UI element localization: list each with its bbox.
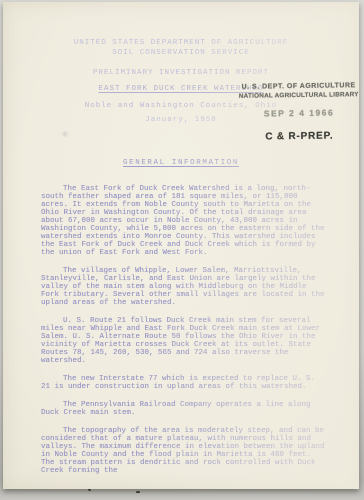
prep-stamp: C & R-PREP. [233, 130, 364, 143]
dust-speck [136, 491, 140, 493]
dust-speck [88, 489, 92, 492]
section-heading: GENERAL INFORMATION [3, 159, 359, 167]
paragraph: The East Fork of Duck Creek Watershed is… [41, 185, 327, 257]
paragraph: The villages of Whipple, Lower Salem, Ma… [41, 267, 327, 307]
document-body: The East Fork of Duck Creek Watershed is… [41, 185, 327, 485]
document-page: UNITED STATES DEPARTMENT OF AGRICULTURE … [3, 2, 359, 489]
paragraph: The new Interstate 77 which is expected … [41, 375, 327, 391]
paragraph: The Pennsylvania Railroad Company operat… [41, 401, 327, 417]
ink-smudge [61, 130, 69, 138]
agency-line: SOIL CONSERVATION SERVICE [3, 48, 359, 58]
paragraph: U. S. Route 21 follows Duck Creek main s… [41, 317, 327, 365]
library-stamp: U. S. DEPT. OF AGRICULTURE NATIONAL AGRI… [233, 81, 364, 143]
stamp-date: SEP 2 4 1966 [233, 107, 364, 119]
stamp-library-line: NATIONAL AGRICULTURAL LIBRARY [233, 90, 364, 101]
report-type-line: PRELIMINARY INVESTIGATION REPORT [3, 68, 359, 78]
scanned-document: UNITED STATES DEPARTMENT OF AGRICULTURE … [0, 0, 364, 500]
paragraph: The topography of the area is moderately… [41, 427, 327, 475]
department-line: UNITED STATES DEPARTMENT OF AGRICULTURE [3, 38, 359, 48]
